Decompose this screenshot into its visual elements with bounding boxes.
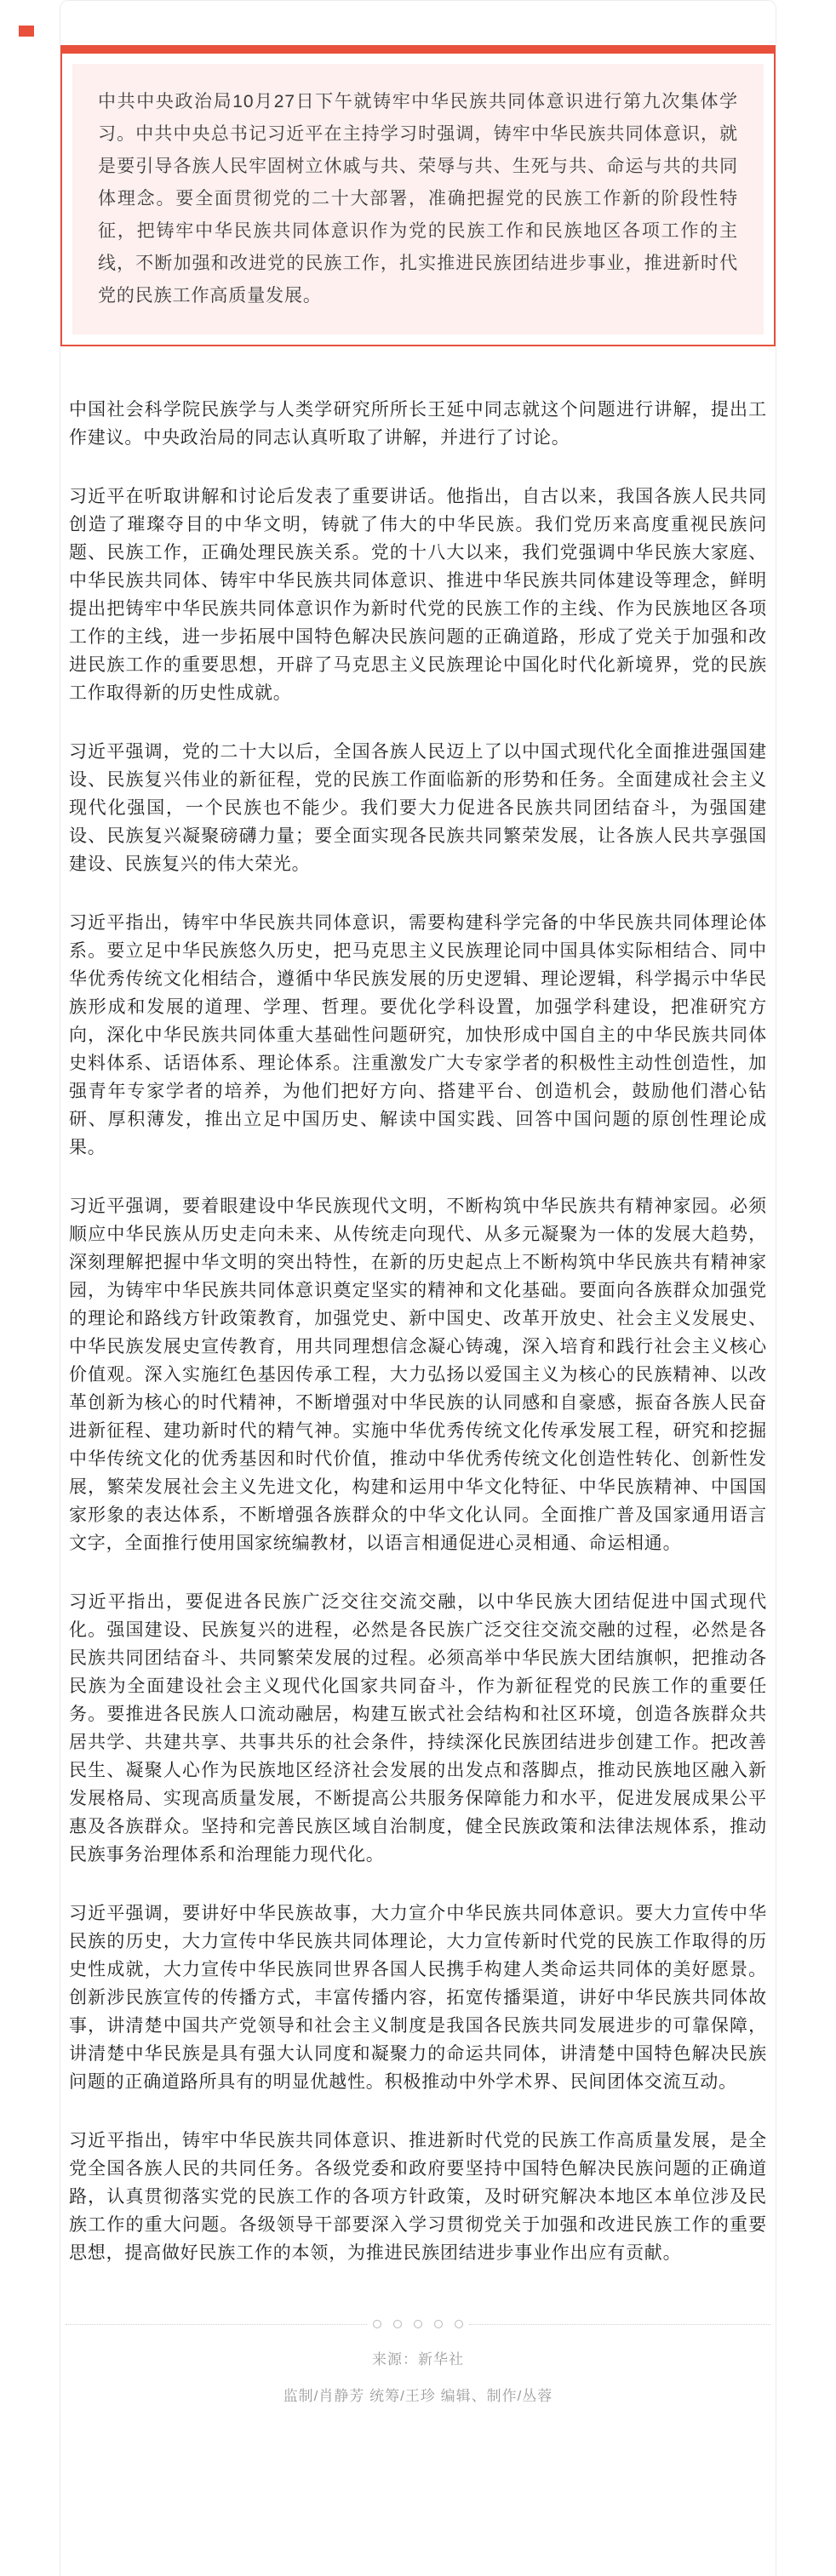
source-label: 来源：新华社 — [60, 2347, 776, 2368]
summary-highlight-text: 中共中央政治局10月27日下午就铸牢中华民族共同体意识进行第九次集体学习。中共中… — [72, 64, 764, 334]
divider-dot-icon — [455, 2320, 463, 2328]
divider-dot-icon — [414, 2320, 422, 2328]
divider-dot-icon — [393, 2320, 402, 2328]
paragraph-3: 习近平强调，党的二十大以后，全国各族人民迈上了以中国式现代化全面推进强国建设、民… — [69, 738, 767, 878]
paragraph-2: 习近平在听取讲解和讨论后发表了重要讲话。他指出，自古以来，我国各族人民共同创造了… — [69, 483, 767, 707]
paragraph-8: 习近平指出，铸牢中华民族共同体意识、推进新时代党的民族工作高质量发展，是全党全国… — [69, 2127, 767, 2267]
paragraph-5: 习近平强调，要着眼建设中华民族现代文明，不断构筑中华民族共有精神家园。必须顺应中… — [69, 1192, 767, 1557]
article-page: { "colors": { "accent_red": "#e8503c", "… — [0, 0, 836, 2576]
paragraph-1: 中国社会科学院民族学与人类学研究所所长王延中同志就这个问题进行讲解，提出工作建议… — [69, 396, 767, 452]
divider-line-right — [469, 2324, 770, 2325]
paragraph-4: 习近平指出，铸牢中华民族共同体意识，需要构建科学完备的中华民族共同体理论体系。要… — [69, 909, 767, 1162]
top-left-red-dash — [19, 26, 34, 37]
divider-dot-icon — [373, 2320, 381, 2328]
article-card: 中共中央政治局10月27日下午就铸牢中华民族共同体意识进行第九次集体学习。中共中… — [60, 0, 776, 2576]
article-body: 中国社会科学院民族学与人类学研究所所长王延中同志就这个问题进行讲解，提出工作建议… — [60, 396, 776, 2267]
paragraph-6: 习近平指出，要促进各民族广泛交往交流交融，以中华民族大团结促进中国式现代化。强国… — [69, 1588, 767, 1869]
summary-highlight-box: 中共中央政治局10月27日下午就铸牢中华民族共同体意识进行第九次集体学习。中共中… — [60, 45, 776, 346]
divider-dot-icon — [434, 2320, 443, 2328]
paragraph-7: 习近平强调，要讲好中华民族故事，大力宣介中华民族共同体意识。要大力宣传中华民族的… — [69, 1899, 767, 2096]
article-footer: 来源：新华社 监制/肖静芳 统筹/王珍 编辑、制作/丛蓉 — [60, 2320, 776, 2405]
divider-line-left — [66, 2324, 367, 2325]
credits-label: 监制/肖静芳 统筹/王珍 编辑、制作/丛蓉 — [60, 2384, 776, 2405]
dotted-divider — [60, 2320, 776, 2328]
